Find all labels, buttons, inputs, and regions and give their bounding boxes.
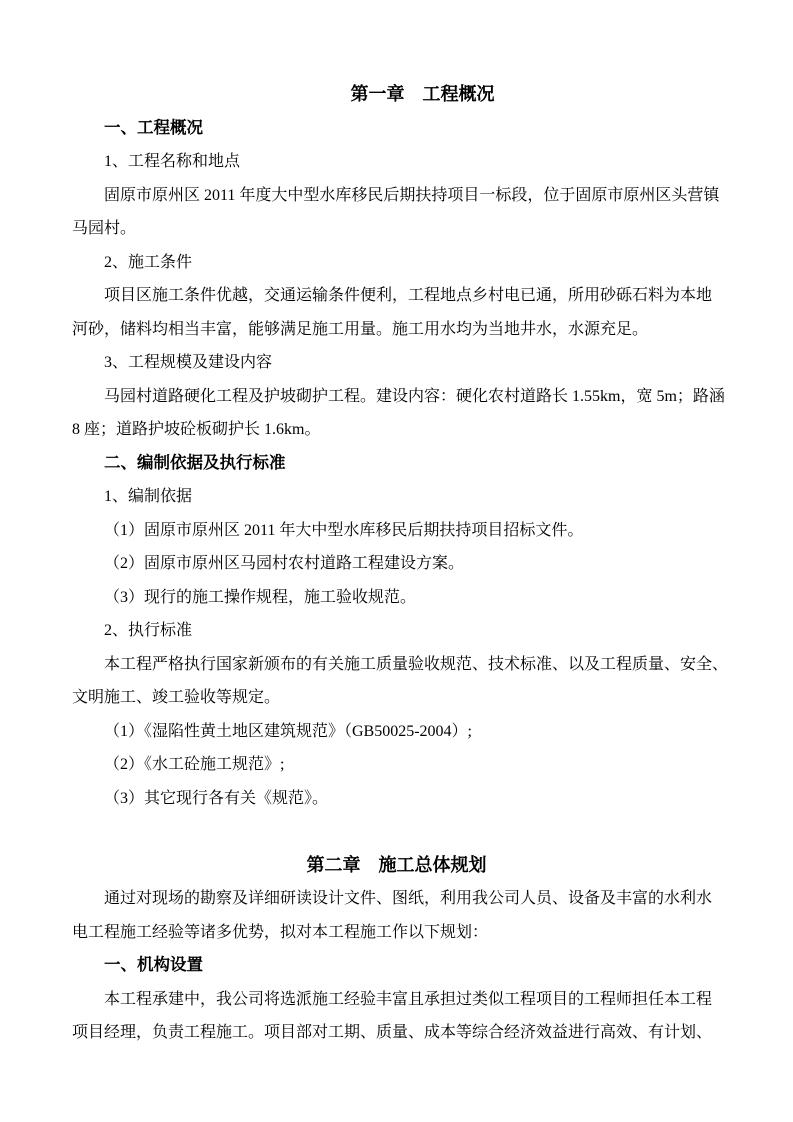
paragraph-line: 马园村。 [72,212,721,246]
subsection-heading: 3、工程规模及建设内容 [72,346,721,380]
section-heading: 一、工程概况 [72,112,721,146]
list-item-line: （2）固原市原州区马园村农村道路工程建设方案。 [72,547,721,581]
paragraph-line: 项目经理，负责工程施工。项目部对工期、质量、成本等综合经济效益进行高效、有计划、 [72,1016,721,1050]
paragraph-line: 项目区施工条件优越，交通运输条件便利，工程地点乡村电已通，所用砂砾石料为本地 [72,279,721,313]
list-item-line: （3）其它现行各有关《规范》。 [72,782,721,816]
chapter-2-title: 第二章 施工总体规划 [72,849,721,883]
document-page: 第一章 工程概况 一、工程概况 1、工程名称和地点 固原市原州区 2011 年度… [0,0,793,1122]
paragraph-line: 文明施工、竣工验收等规定。 [72,681,721,715]
document-body: 第一章 工程概况 一、工程概况 1、工程名称和地点 固原市原州区 2011 年度… [72,78,721,1050]
chapter-1-title: 第一章 工程概况 [72,78,721,112]
paragraph-line: 通过对现场的勘察及详细研读设计文件、图纸，利用我公司人员、设备及丰富的水利水 [72,882,721,916]
section-heading: 一、机构设置 [72,949,721,983]
paragraph-line: 本工程严格执行国家新颁布的有关施工质量验收规范、技术标准、以及工程质量、安全、 [72,648,721,682]
list-item-line: （1）固原市原州区 2011 年大中型水库移民后期扶持项目招标文件。 [72,514,721,548]
blank-line [72,815,721,849]
paragraph-line: 8 座；道路护坡砼板砌护长 1.6km。 [72,413,721,447]
subsection-heading: 1、编制依据 [72,480,721,514]
subsection-heading: 1、工程名称和地点 [72,145,721,179]
section-heading: 二、编制依据及执行标准 [72,447,721,481]
subsection-heading: 2、施工条件 [72,246,721,280]
paragraph-line: 马园村道路硬化工程及护坡砌护工程。建设内容：硬化农村道路长 1.55km，宽 5… [72,380,721,414]
subsection-heading: 2、执行标准 [72,614,721,648]
paragraph-line: 固原市原州区 2011 年度大中型水库移民后期扶持项目一标段，位于固原市原州区头… [72,179,721,213]
paragraph-line: 河砂，储料均相当丰富，能够满足施工用量。施工用水均为当地井水，水源充足。 [72,313,721,347]
paragraph-line: 电工程施工经验等诸多优势，拟对本工程施工作以下规划： [72,916,721,950]
paragraph-line: 本工程承建中，我公司将选派施工经验丰富且承担过类似工程项目的工程师担任本工程 [72,983,721,1017]
list-item-line: （2）《水工砼施工规范》; [72,748,721,782]
list-item-line: （3）现行的施工操作规程，施工验收规范。 [72,581,721,615]
list-item-line: （1）《湿陷性黄土地区建筑规范》（GB50025-2004）; [72,715,721,749]
